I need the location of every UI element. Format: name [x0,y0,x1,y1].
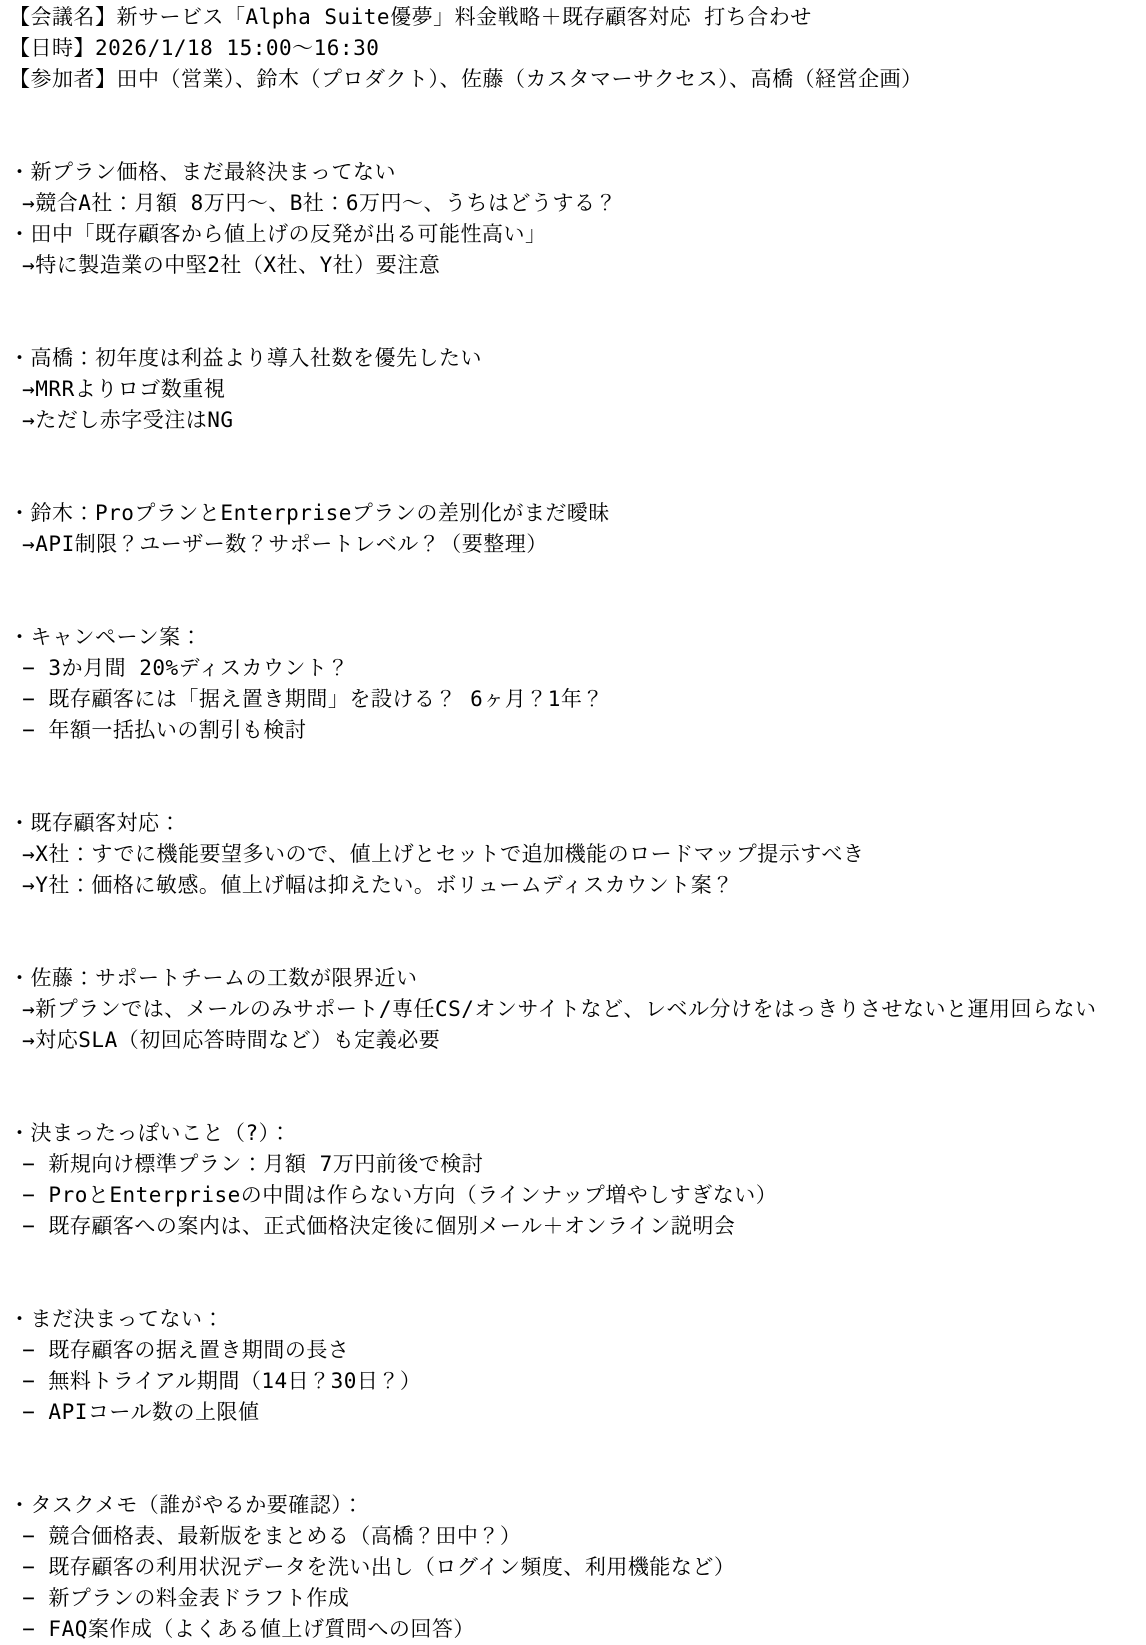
text-line: →MRRよりロゴ数重視 [9,374,1146,405]
blank-line [9,591,1146,622]
text-line: − 新規向け標準プラン：月額 7万円前後で検討 [9,1149,1146,1180]
blank-line [9,746,1146,777]
text-line: − 新プランの料金表ドラフト作成 [9,1583,1146,1614]
text-line: − 既存顧客の利用状況データを洗い出し（ログイン頻度、利用機能など） [9,1552,1146,1583]
text-line: − ProとEnterpriseの中間は作らない方向（ラインナップ増やしすぎない… [9,1180,1146,1211]
meeting-notes-document: 【会議名】新サービス「Alpha Suite優夢」料金戦略＋既存顧客対応 打ち合… [0,0,1146,1645]
text-line: − 無料トライアル期間（14日？30日？） [9,1366,1146,1397]
text-line: ・新プラン価格、まだ最終決まってない [9,157,1146,188]
blank-line [9,1242,1146,1273]
text-line: 【会議名】新サービス「Alpha Suite優夢」料金戦略＋既存顧客対応 打ち合… [9,2,1146,33]
blank-line [9,901,1146,932]
text-line: →API制限？ユーザー数？サポートレベル？（要整理） [9,529,1146,560]
blank-line [9,1459,1146,1490]
text-line: →特に製造業の中堅2社（X社、Y社）要注意 [9,250,1146,281]
text-line: →ただし赤字受注はNG [9,405,1146,436]
text-line: − 年額一括払いの割引も検討 [9,715,1146,746]
text-line: − 3か月間 20%ディスカウント？ [9,653,1146,684]
text-line: ・既存顧客対応： [9,808,1146,839]
text-line: 【参加者】田中（営業）、鈴木（プロダクト）、佐藤（カスタマーサクセス）、高橋（経… [9,64,1146,95]
blank-line [9,281,1146,312]
text-line: ・タスクメモ（誰がやるか要確認）： [9,1490,1146,1521]
blank-line [9,1087,1146,1118]
blank-line [9,1428,1146,1459]
text-line: − 既存顧客への案内は、正式価格決定後に個別メール＋オンライン説明会 [9,1211,1146,1242]
blank-line [9,932,1146,963]
text-line: →新プランでは、メールのみサポート/専任CS/オンサイトなど、レベル分けをはっき… [9,994,1146,1025]
text-line: ・佐藤：サポートチームの工数が限界近い [9,963,1146,994]
text-line: ・まだ決まってない： [9,1304,1146,1335]
text-line: − 既存顧客には「据え置き期間」を設ける？ 6ヶ月？1年？ [9,684,1146,715]
blank-line [9,1056,1146,1087]
text-line: − 競合価格表、最新版をまとめる（高橋？田中？） [9,1521,1146,1552]
text-line: ・キャンペーン案： [9,622,1146,653]
text-line: →X社：すでに機能要望多いので、値上げとセットで追加機能のロードマップ提示すべき [9,839,1146,870]
blank-line [9,1273,1146,1304]
text-line: − APIコール数の上限値 [9,1397,1146,1428]
text-line: →Y社：価格に敏感。値上げ幅は抑えたい。ボリュームディスカウント案？ [9,870,1146,901]
text-line: ・決まったっぽいこと（?）： [9,1118,1146,1149]
text-line: 【日時】2026/1/18 15:00〜16:30 [9,33,1146,64]
blank-line [9,312,1146,343]
text-line: →対応SLA（初回応答時間など）も定義必要 [9,1025,1146,1056]
text-line: − 既存顧客の据え置き期間の長さ [9,1335,1146,1366]
blank-line [9,126,1146,157]
blank-line [9,560,1146,591]
blank-line [9,95,1146,126]
text-line: ・鈴木：ProプランとEnterpriseプランの差別化がまだ曖昧 [9,498,1146,529]
blank-line [9,436,1146,467]
text-line: − FAQ案作成（よくある値上げ質問への回答） [9,1614,1146,1645]
blank-line [9,467,1146,498]
text-line: ・田中「既存顧客から値上げの反発が出る可能性高い」 [9,219,1146,250]
text-line: →競合A社：月額 8万円〜、B社：6万円〜、うちはどうする？ [9,188,1146,219]
text-line: ・高橋：初年度は利益より導入社数を優先したい [9,343,1146,374]
blank-line [9,777,1146,808]
